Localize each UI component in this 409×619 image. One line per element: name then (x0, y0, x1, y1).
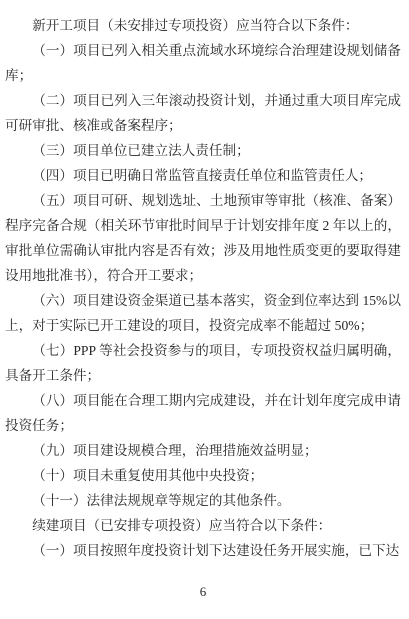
paragraph-condition-5: （五）项目可研、规划选址、土地预审等审批（核准、备案）程序完备合规（相关环节审批… (5, 188, 401, 288)
paragraph-condition-10: （十）项目未重复使用其他中央投资； (5, 463, 401, 488)
document-page: 新开工项目（未安排过专项投资）应当符合以下条件： （一）项目已列入相关重点流域水… (0, 0, 409, 619)
paragraph-condition-3: （三）项目单位已建立法人责任制； (5, 138, 401, 163)
paragraph-continuing-condition-1: （一）项目按照年度投资计划下达建设任务开展实施，已下达 (5, 538, 401, 563)
page-number: 6 (200, 584, 207, 600)
paragraph-intro-continuing-projects: 续建项目（已安排专项投资）应当符合以下条件： (5, 513, 401, 538)
paragraph-condition-11: （十一）法律法规规章等规定的其他条件。 (5, 488, 401, 513)
paragraph-condition-1: （一）项目已列入相关重点流域水环境综合治理建设规划储备库； (5, 38, 401, 88)
paragraph-condition-6: （六）项目建设资金渠道已基本落实，资金到位率达到 15%以上，对于实际已开工建设… (5, 288, 401, 338)
page-footer: 6 (5, 583, 401, 601)
paragraph-condition-8: （八）项目能在合理工期内完成建设，并在计划年度完成申请投资任务； (5, 388, 401, 438)
document-text-block: 新开工项目（未安排过专项投资）应当符合以下条件： （一）项目已列入相关重点流域水… (5, 13, 401, 563)
paragraph-condition-4: （四）项目已明确日常监管直接责任单位和监管责任人； (5, 163, 401, 188)
paragraph-condition-7: （七）PPP 等社会投资参与的项目，专项投资权益归属明确，具备开工条件； (5, 338, 401, 388)
paragraph-condition-9: （九）项目建设规模合理，治理措施效益明显； (5, 438, 401, 463)
paragraph-intro-new-projects: 新开工项目（未安排过专项投资）应当符合以下条件： (5, 13, 401, 38)
paragraph-condition-2: （二）项目已列入三年滚动投资计划，并通过重大项目库完成可研审批、核准或备案程序； (5, 88, 401, 138)
